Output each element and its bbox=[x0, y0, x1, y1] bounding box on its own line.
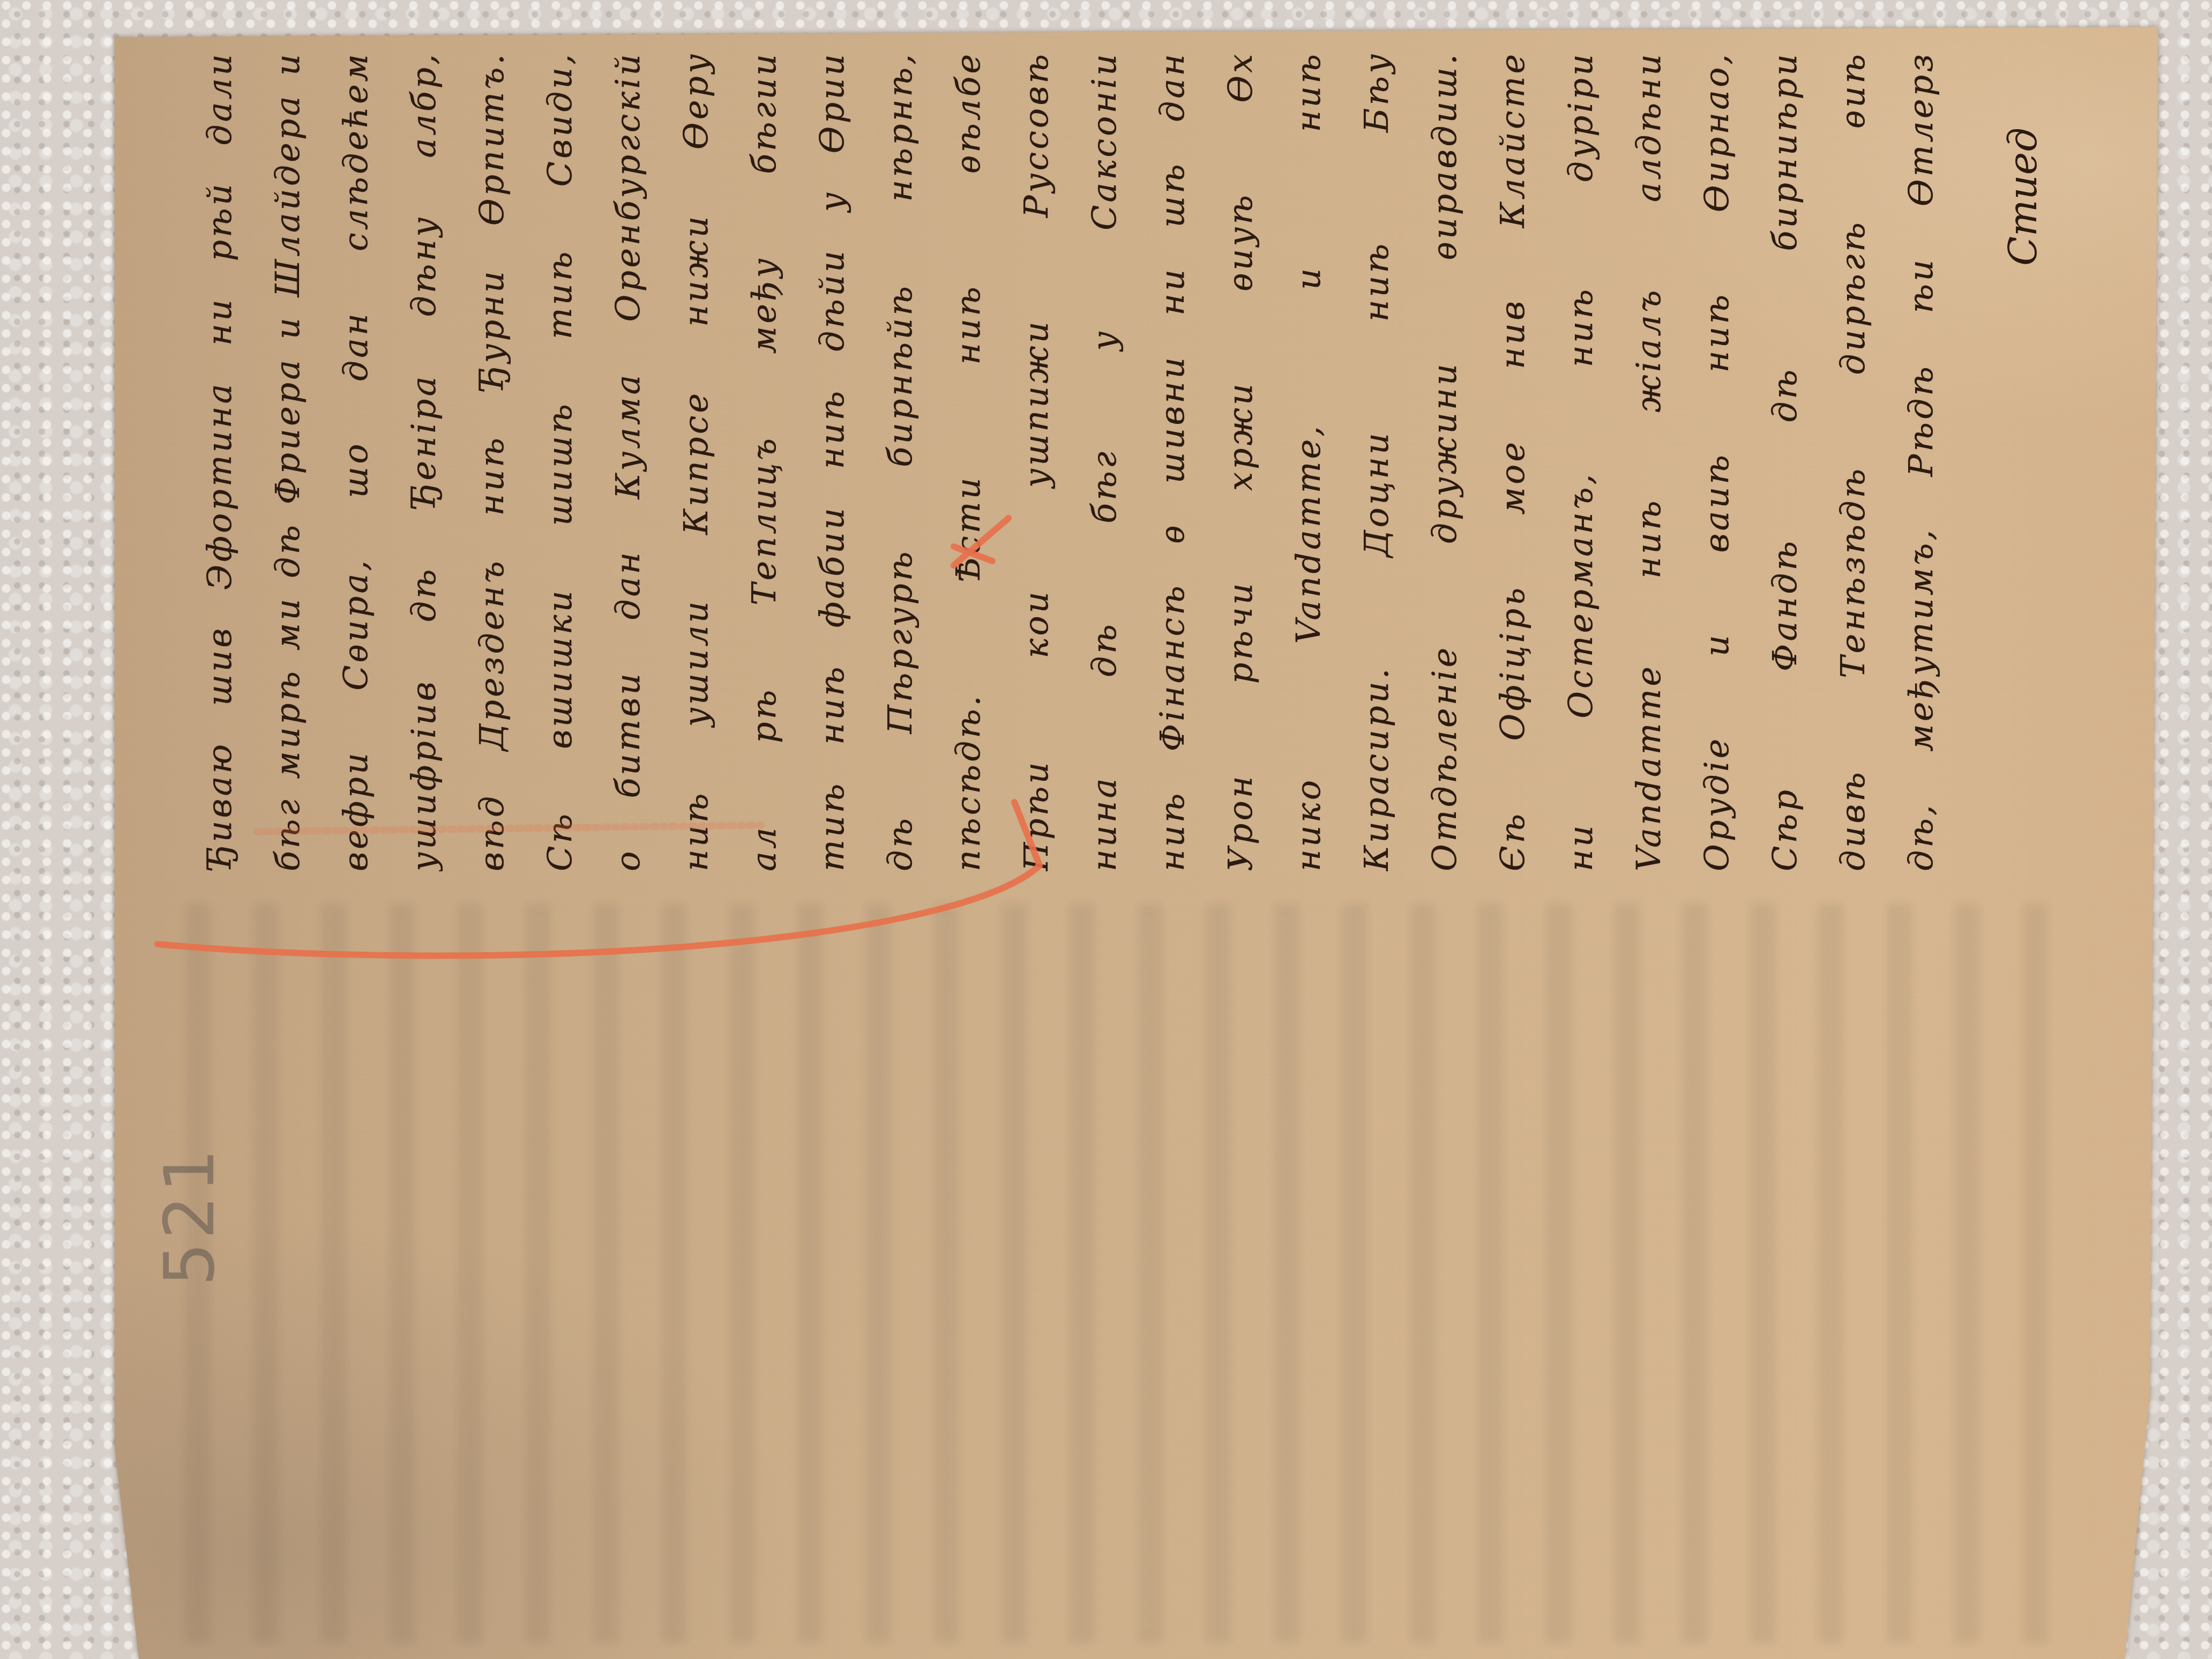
faint-crayon-smear bbox=[257, 825, 761, 832]
red-cross-mark-icon bbox=[954, 518, 1008, 565]
red-crayon-marks bbox=[0, 0, 2212, 1659]
